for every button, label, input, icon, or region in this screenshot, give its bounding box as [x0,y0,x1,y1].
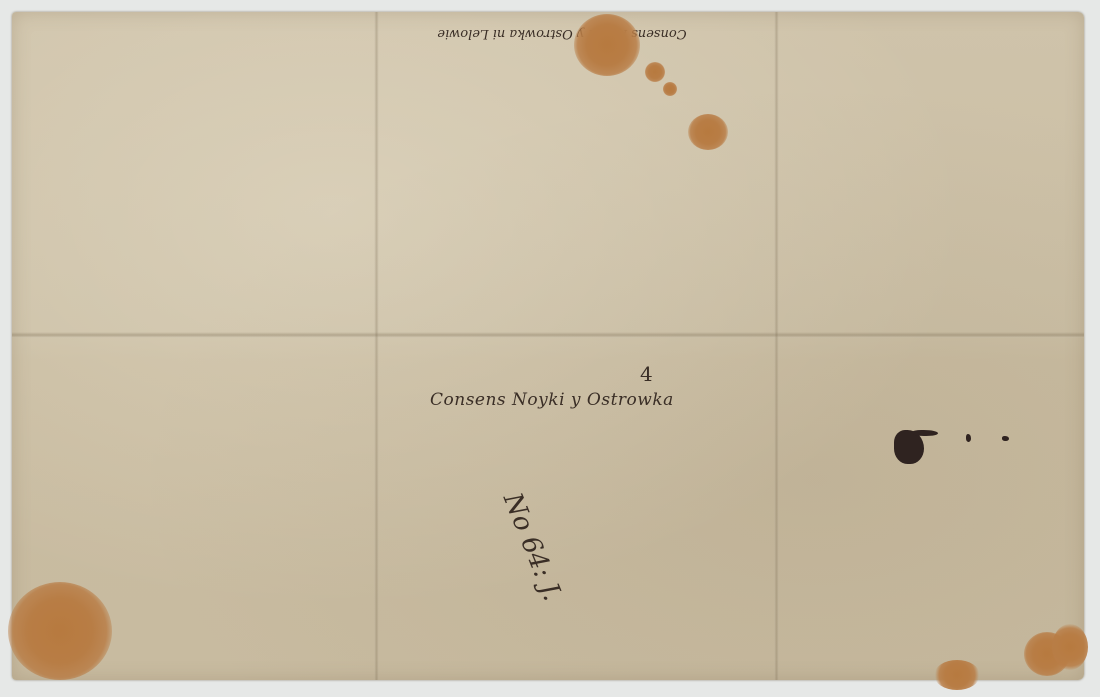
vertical-archive-note: No 64: J. [484,458,579,636]
stain-top-small-1 [645,62,665,82]
stain-bottom-left [8,582,112,680]
stain-bottom-right-2 [1052,624,1088,670]
vertical-fold-left [374,12,379,680]
stain-bottom-center-right [934,660,980,690]
stain-top-right [688,114,728,150]
inverted-inscription: Consens Noyki y Ostrowka ni Lelowie [402,26,722,41]
manuscript-sheet: Consens Noyki y Ostrowka ni Lelowie Cons… [12,12,1084,680]
ink-blot-stroke [912,430,938,436]
stain-top-large [574,14,640,76]
ink-blot-dot-2 [1002,436,1009,441]
docket-title: Consens Noyki y Ostrowka [430,390,674,410]
vertical-fold-right [774,12,779,680]
horizontal-fold [12,332,1084,338]
docket-number: 4 [640,362,653,386]
stain-top-small-2 [663,82,677,96]
ink-blot-dot-1 [966,434,971,442]
